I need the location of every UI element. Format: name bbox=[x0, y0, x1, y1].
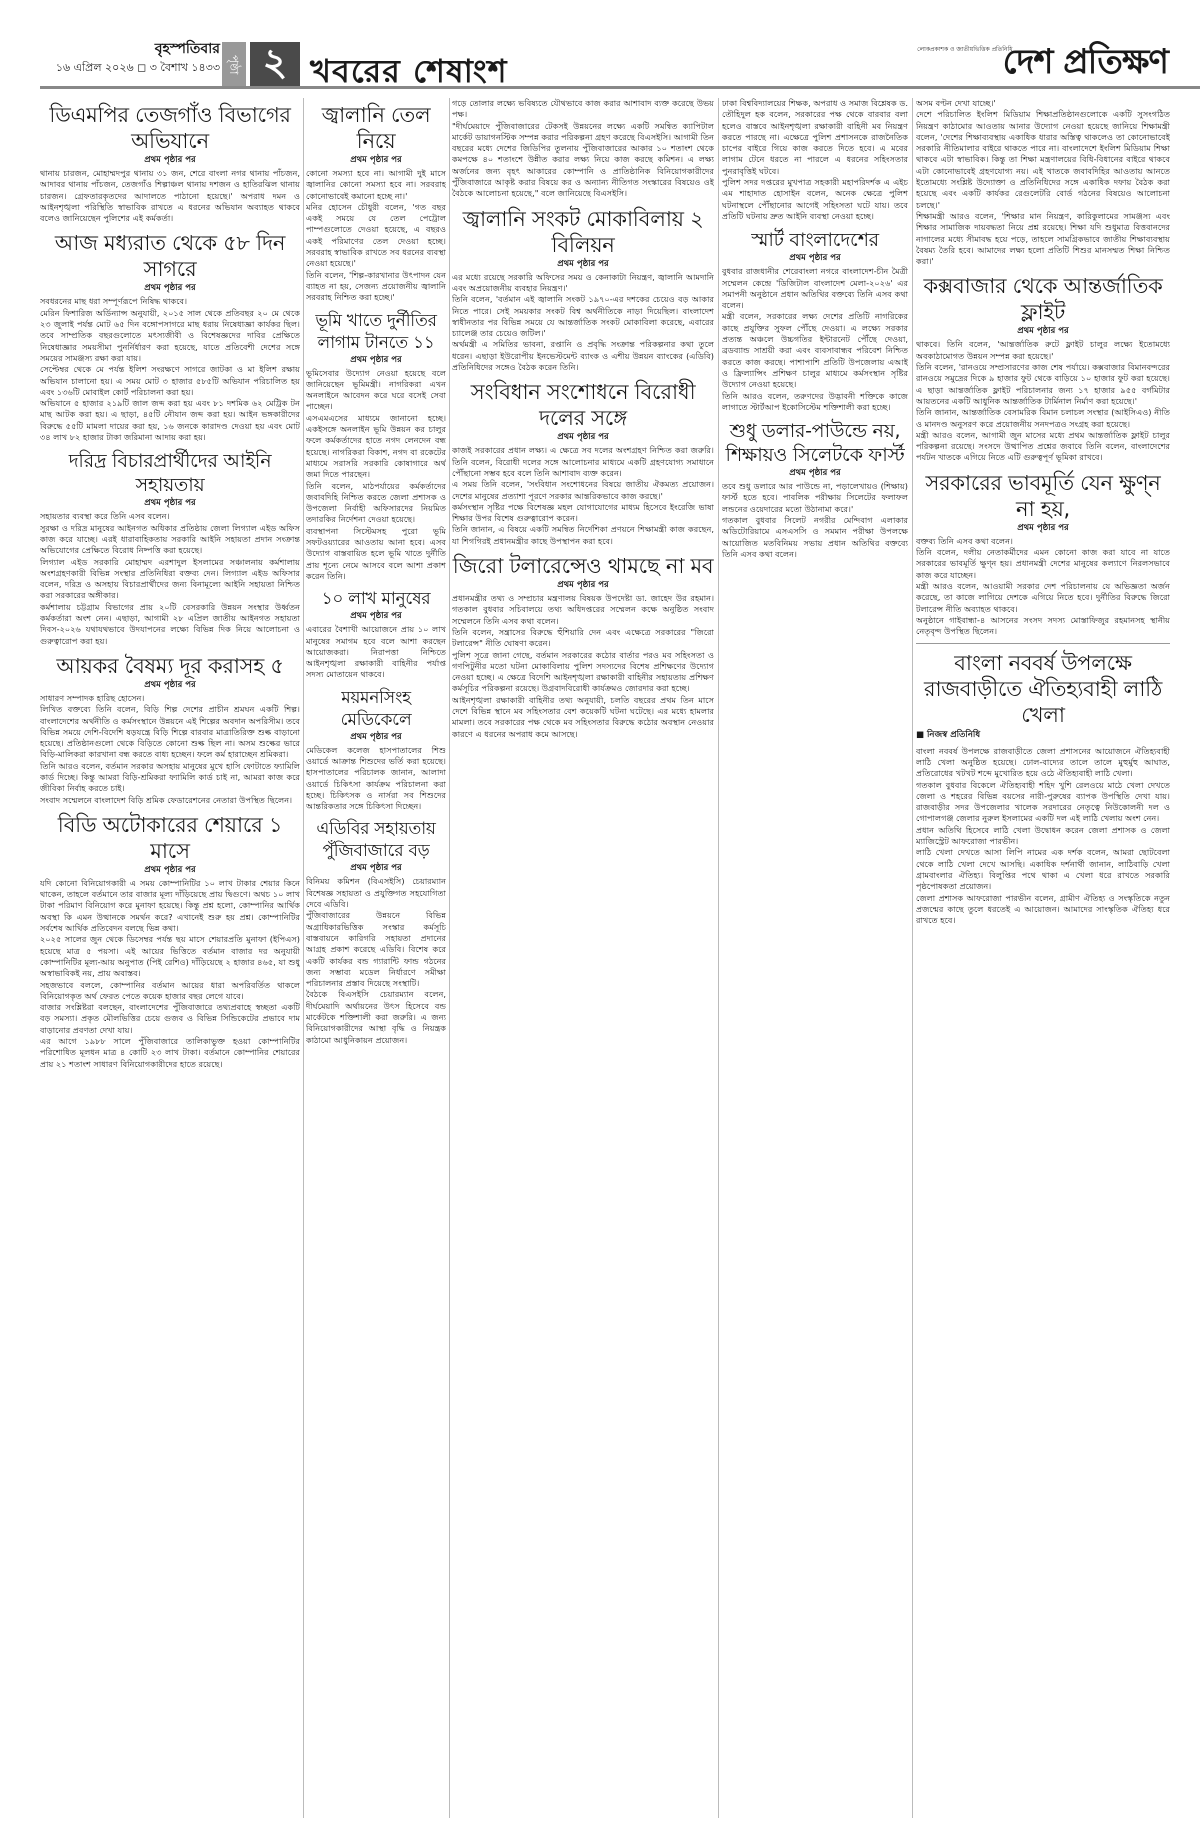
story-coxsbazar-flight: কক্সবাজার থেকে আন্তর্জাতিক ফ্লাইট প্রথম … bbox=[916, 273, 1170, 463]
story-paragraph: প্রধান অতিথি হিসেবে লাঠি খেলা উদ্বোধন কর… bbox=[916, 825, 1170, 848]
story-paragraph: মন্ত্রী আরও বলেন, আগামী জুন মাসের মধ্যে … bbox=[916, 430, 1170, 464]
story-land-corruption: ভূমি খাতে দুর্নীতির লাগাম টানতে ১১ প্রথম… bbox=[306, 310, 446, 583]
continued-label: প্রথম পৃষ্ঠার পর bbox=[40, 282, 300, 294]
story-paragraph: মন্ত্রী বলেন, সরকারের লক্ষ্য দেশের প্রতি… bbox=[722, 311, 908, 390]
story-paragraph: সেপ্টেম্বর থেকে মে পর্যন্ত ইলিশ সংরক্ষণে… bbox=[40, 364, 300, 398]
column-5: অসম বণ্টন দেখা যাচ্ছে।' দেশে পরিচালিত ইং… bbox=[916, 98, 1170, 1818]
story-paragraph: ঢাকা বিশ্ববিদ্যালয়ের শিক্ষক, অপরাধ ও সম… bbox=[722, 98, 908, 177]
story-paragraph: লাঠি খেলা দেখতে আসা লিপি নামের এক দর্শক … bbox=[916, 847, 1170, 892]
headline[interactable]: জিরো টলারেন্সেও থামছে না মব bbox=[452, 553, 714, 579]
story-paragraph: অসম বণ্টন দেখা যাচ্ছে।' bbox=[916, 98, 1170, 109]
story-paragraph: তিনি বলেন, 'শিল্প-কারখানার উৎপাদন যেন ব্… bbox=[306, 270, 446, 304]
story-adb: এডিবির সহায়তায় পুঁজিবাজারে বড় প্রথম প… bbox=[306, 818, 446, 1045]
story-paragraph: মেরিন ফিশারিজ অর্ডিন্যান্স অনুযায়ী, ২০১… bbox=[40, 308, 300, 364]
column-1: ডিএমপির তেজগাঁও বিভাগের অভিযানে প্রথম পৃ… bbox=[40, 98, 300, 1818]
story-paragraph: অভিযানে ৫ হাজার ২১৯টি জাল জব্দ করা হয় এ… bbox=[40, 398, 300, 443]
story-paragraph: সাধারণ সম্পাদক হারিছ হোসেন। bbox=[40, 693, 300, 704]
headline[interactable]: শুধু ডলার-পাউন্ডে নয়, শিক্ষায়ও সিলেটকে… bbox=[722, 419, 908, 467]
story-sea-ban: আজ মধ্যরাত থেকে ৫৮ দিন সাগরে প্রথম পৃষ্ঠ… bbox=[40, 230, 300, 443]
story-paragraph: পুলিশ সূত্রে জানা গেছে, বর্তমান সরকারের … bbox=[452, 650, 714, 695]
headline[interactable]: বাংলা নববর্ষ উপলক্ষে রাজবাড়ীতে ঐতিহ্যবা… bbox=[916, 650, 1170, 728]
headline[interactable]: ভূমি খাতে দুর্নীতির লাগাম টানতে ১১ bbox=[306, 310, 446, 354]
date-block: বৃহস্পতিবার ১৬ এপ্রিল ২০২৬ ◻ ৩ বৈশাখ ১৪৩… bbox=[40, 40, 220, 76]
story-paragraph: ভূমিসেবার উদ্যোগ নেওয়া হয়েছে বলে জানিয… bbox=[306, 368, 446, 413]
brand-tagline: লোকপ্রকাশক ও জাতীয়ভিত্তিক প্রতিনিধি bbox=[893, 44, 1013, 55]
story-legal-aid: দরিদ্র বিচারপ্রার্থীদের আইনি সহায়তায় প… bbox=[40, 449, 300, 647]
story-paragraph: বুধবার রাজধানীর শেরেবাংলা নগরে বাংলাদেশ-… bbox=[722, 266, 908, 311]
story-paragraph: আইনশৃঙ্খলা রক্ষাকারী বাহিনীর তথ্য অনুযায… bbox=[452, 695, 714, 740]
story-english-medium: অসম বণ্টন দেখা যাচ্ছে।' দেশে পরিচালিত ইং… bbox=[916, 98, 1170, 267]
story-paragraph: এর মধ্যে রয়েছে সরকারি অফিসের সময় ও কেন… bbox=[452, 272, 714, 295]
story-constitution: সংবিধান সংশোধনে বিরোধী দলের সঙ্গে প্রথম … bbox=[452, 379, 714, 547]
story-paragraph: "দীর্ঘমেয়াদে পুঁজিবাজারের টেকসই উন্নয়ন… bbox=[452, 121, 714, 200]
column-4: ঢাকা বিশ্ববিদ্যালয়ের শিক্ষক, অপরাধ ও সম… bbox=[722, 98, 908, 1818]
continued-label: প্রথম পৃষ্ঠার পর bbox=[916, 325, 1170, 337]
story-mymensingh-medical: ময়মনসিংহ মেডিকেলে প্রথম পৃষ্ঠার পর মেডি… bbox=[306, 687, 446, 813]
story-paragraph: তিনি আরও বলেন, তরুণদের উদ্ভাবনী শক্তিকে … bbox=[722, 391, 908, 414]
brand-name: দেশ প্রতিক্ষণ bbox=[1003, 40, 1168, 84]
publication-day: বৃহস্পতিবার bbox=[40, 40, 220, 58]
story-tax: আয়কর বৈষম্য দূর করাসহ ৫ প্রথম পৃষ্ঠার প… bbox=[40, 653, 300, 806]
headline[interactable]: দরিদ্র বিচারপ্রার্থীদের আইনি সহায়তায় bbox=[40, 449, 300, 497]
headline[interactable]: আজ মধ্যরাত থেকে ৫৮ দিন সাগরে bbox=[40, 230, 300, 282]
story-paragraph: বিনিময় কমিশন (বিএসইসি) চেয়ারম্যান বিশে… bbox=[306, 876, 446, 910]
story-paragraph: অনুষ্ঠানে গাইবান্ধা-৪ আসনের সংসদ সদস্য ম… bbox=[916, 615, 1170, 638]
continued-label: প্রথম পৃষ্ঠার পর bbox=[306, 731, 446, 743]
headline[interactable]: বিডি অটোকারের শেয়ারে ১ মাসে bbox=[40, 812, 300, 864]
story-paragraph: কোনো সমস্যা হবে না। আগামী দুই মাসে জ্বাল… bbox=[306, 168, 446, 202]
headline[interactable]: আয়কর বৈষম্য দূর করাসহ ৫ bbox=[40, 653, 300, 679]
story-paragraph: কর্মসংস্থান সৃষ্টির পক্ষে বিশেষজ্ঞ মহল য… bbox=[452, 502, 714, 525]
story-zero-tolerance: জিরো টলারেন্সেও থামছে না মব প্রথম পৃষ্ঠা… bbox=[452, 553, 714, 740]
story-paragraph: মনির হোসেন চৌধুরী বলেন, 'গত বছর একই সময়… bbox=[306, 202, 446, 270]
continued-label: প্রথম পৃষ্ঠার পর bbox=[40, 497, 300, 509]
story-paragraph: কর্মশালায় চট্টগ্রাম বিভাগের প্রায় ২০টি… bbox=[40, 602, 300, 647]
story-paragraph: এর আগে ১৯৮৮ সালে পুঁজিবাজারে তালিকাভুক্ত… bbox=[40, 1036, 300, 1070]
story-paragraph: তিনি বলেন, দলীয় নেতাকর্মীদের এমন কোনো ক… bbox=[916, 547, 1170, 581]
story-paragraph: সংবাদ সম্মেলনে বাংলাদেশ বিড়ি শ্রমিক ফেড… bbox=[40, 795, 300, 806]
masthead: বৃহস্পতিবার ১৬ এপ্রিল ২০২৬ ◻ ৩ বৈশাখ ১৪৩… bbox=[0, 0, 1200, 88]
story-paragraph: সবধরনের মাছ ধরা সম্পূর্ণরূপে নিষিদ্ধ থাক… bbox=[40, 296, 300, 307]
story-paragraph: বক্তব্য তিনি এসব কথা বলেন। bbox=[916, 536, 1170, 547]
newspaper-logo: লোকপ্রকাশক ও জাতীয়ভিত্তিক প্রতিনিধি দেশ… bbox=[1003, 40, 1168, 84]
story-paragraph: পুঁজিবাজারের উন্নয়নে বিভিন্ন অগ্রাধিকার… bbox=[306, 910, 446, 989]
continued-label: প্রথম পৃষ্ঠার পর bbox=[452, 579, 714, 591]
story-paragraph: ২০২৫ সালের জুন থেকে ডিসেম্বর পর্যন্ত ছয়… bbox=[40, 934, 300, 979]
story-paragraph: দেশে পরিচালিত ইংলিশ মিডিয়াম শিক্ষাপ্রতি… bbox=[916, 109, 1170, 211]
continued-label: প্রথম পৃষ্ঠার পর bbox=[916, 522, 1170, 534]
story-paragraph: গতকাল বুধবার বিকেলে ঐতিহ্যবাহী শহিদ খুশি… bbox=[916, 780, 1170, 825]
continued-label: প্রথম পৃষ্ঠার পর bbox=[722, 252, 908, 264]
story-sylhet: শুধু ডলার-পাউন্ডে নয়, শিক্ষায়ও সিলেটকে… bbox=[722, 419, 908, 560]
story-paragraph: গতকাল বুধবার সিলেট নগরীর মেন্দিবাগ এলাকা… bbox=[722, 515, 908, 560]
story-paragraph: তিনি বলেন, সন্ত্রাসের বিরুদ্ধে হুঁশিয়ার… bbox=[452, 627, 714, 650]
continued-label: প্রথম পৃষ্ঠার পর bbox=[306, 610, 446, 622]
story-paragraph: সুরক্ষা ও দরিদ্র মানুষের আইনগত অধিকার প্… bbox=[40, 523, 300, 557]
story-paragraph: তিনি বলেন, মাঠপর্যায়ের কর্মকর্তাদের জবা… bbox=[306, 481, 446, 526]
story-paragraph: বাজার সংশ্লিষ্টরা বলছেন, বাংলাদেশের পুঁজ… bbox=[40, 1002, 300, 1036]
column-divider bbox=[303, 98, 304, 1818]
story-paragraph: কাজই সরকারের প্রধান লক্ষ্য। এ ক্ষেত্রে স… bbox=[452, 445, 714, 479]
column-2: জ্বালানি তেল নিয়ে প্রথম পৃষ্ঠার পর কোনো… bbox=[306, 98, 446, 1818]
story-paragraph: লিগ্যাল এইড সরকারি মোহাম্মদ এরশাদুল ইসলা… bbox=[40, 557, 300, 602]
story-paragraph: গড়ে তোলার লক্ষ্যে ভবিষ্যতে যৌথভাবে কাজ … bbox=[452, 98, 714, 121]
headline[interactable]: ডিএমপির তেজগাঁও বিভাগের অভিযানে bbox=[40, 102, 300, 154]
story-paragraph: পুলিশ সদর দপ্তরের মুখপাত্র সহকারী মহাপরি… bbox=[722, 177, 908, 222]
continued-label: প্রথম পৃষ্ঠার পর bbox=[40, 154, 300, 166]
column-divider bbox=[718, 98, 719, 1818]
story-smart-bangladesh: স্মার্ট বাংলাদেশের প্রথম পৃষ্ঠার পর বুধব… bbox=[722, 228, 908, 413]
story-paragraph: এবারের বৈশাখী আয়োজনে প্রায় ১০ লাখ মানু… bbox=[306, 624, 446, 680]
story-dmp: ডিএমপির তেজগাঁও বিভাগের অভিযানে প্রথম পৃ… bbox=[40, 102, 300, 224]
story-lathi-khela: বাংলা নববর্ষ উপলক্ষে রাজবাড়ীতে ঐতিহ্যবা… bbox=[916, 643, 1170, 926]
story-capital-market: গড়ে তোলার লক্ষ্যে ভবিষ্যতে যৌথভাবে কাজ … bbox=[452, 98, 714, 200]
story-energy-crisis: জ্বালানি সংকট মোকাবিলায় ২ বিলিয়ন প্রথম… bbox=[452, 206, 714, 374]
byline: ■ নিজস্ব প্রতিনিধি bbox=[916, 730, 1170, 741]
headline[interactable]: ময়মনসিংহ মেডিকেলে bbox=[306, 687, 446, 731]
continued-label: প্রথম পৃষ্ঠার পর bbox=[306, 354, 446, 366]
story-paragraph: শিক্ষামন্ত্রী আরও বলেন, 'শিক্ষার মান নিয… bbox=[916, 211, 1170, 267]
story-paragraph: সহায়তার ব্যবস্থা করে তিনি এসব বলেন। bbox=[40, 511, 300, 522]
story-paragraph: প্রধানমন্ত্রীর তথ্য ও সম্প্রচার মন্ত্রণা… bbox=[452, 593, 714, 627]
continued-label: প্রথম পৃষ্ঠার পর bbox=[40, 679, 300, 691]
story-paragraph: এসএমএসের মাধ্যমে জানানো হচ্ছে। একইসঙ্গে … bbox=[306, 413, 446, 481]
story-ten-lakh: ১০ লাখ মানুষের প্রথম পৃষ্ঠার পর এবারের ব… bbox=[306, 588, 446, 680]
story-fuel-oil: জ্বালানি তেল নিয়ে প্রথম পৃষ্ঠার পর কোনো… bbox=[306, 102, 446, 304]
story-paragraph: তিনি জানান, এ বিষয়ে একটি সমন্বিত নির্দে… bbox=[452, 524, 714, 547]
story-govt-image: সরকারের ভাবমূর্তি যেন ক্ষুণ্ন না হয়, প্… bbox=[916, 470, 1170, 638]
headline[interactable]: এডিবির সহায়তায় পুঁজিবাজারে বড় bbox=[306, 818, 446, 862]
continued-label: প্রথম পৃষ্ঠার পর bbox=[722, 467, 908, 479]
headline[interactable]: সরকারের ভাবমূর্তি যেন ক্ষুণ্ন না হয়, bbox=[916, 470, 1170, 522]
headline[interactable]: জ্বালানি তেল নিয়ে bbox=[306, 102, 446, 154]
story-paragraph: থাকবে। তিনি বলেন, 'আন্তর্জাতিক রুটে ফ্লা… bbox=[916, 339, 1170, 362]
story-mob-analysis: ঢাকা বিশ্ববিদ্যালয়ের শিক্ষক, অপরাধ ও সম… bbox=[722, 98, 908, 222]
page-tab-label: পৃষ্ঠা bbox=[222, 42, 246, 88]
story-bd-autocar: বিডি অটোকারের শেয়ারে ১ মাসে প্রথম পৃষ্ঠ… bbox=[40, 812, 300, 1070]
story-paragraph: ব্যবস্থাপনা সিস্টেমসহ পুরো ভূমি সফটওয়্য… bbox=[306, 526, 446, 582]
story-paragraph: বাংলা নববর্ষ উপলক্ষে রাজবাড়ীতে জেলা প্র… bbox=[916, 746, 1170, 780]
story-paragraph: লিখিত বক্তব্যে তিনি বলেন, বিড়ি শিল্প দে… bbox=[40, 704, 300, 760]
headline[interactable]: ১০ লাখ মানুষের bbox=[306, 588, 446, 610]
continued-label: প্রথম পৃষ্ঠার পর bbox=[452, 431, 714, 443]
story-paragraph: মন্ত্রী আরও বলেন, আওয়ামী সরকার দেশ পরিচ… bbox=[916, 581, 1170, 615]
story-paragraph: মেডিকেল কলেজ হাসপাতালের শিশু ওয়ার্ডে আক… bbox=[306, 745, 446, 813]
story-paragraph: অর্থমন্ত্রী এ সমিতির ভাবনা, রপ্তানি ও প্… bbox=[452, 339, 714, 373]
story-paragraph: তিনি বলেন, 'রানওয়ে সম্প্রসারণের কাজ শেষ… bbox=[916, 362, 1170, 407]
headline[interactable]: স্মার্ট বাংলাদেশের bbox=[722, 228, 908, 252]
story-paragraph: তবে শুধু ডলারে আর পাউন্ডে না, পড়ালেখায়… bbox=[722, 481, 908, 515]
headline[interactable]: জ্বালানি সংকট মোকাবিলায় ২ বিলিয়ন bbox=[452, 206, 714, 258]
column-divider bbox=[449, 98, 450, 1818]
column-divider bbox=[912, 98, 913, 1818]
story-paragraph: এ সময় তিনি বলেন, 'সংবিধান সংশোধনের বিষয… bbox=[452, 479, 714, 502]
story-paragraph: থানায় চারজন, মোহাম্মদপুর থানায় ৩১ জন, … bbox=[40, 168, 300, 224]
publication-date: ১৬ এপ্রিল ২০২৬ ◻ ৩ বৈশাখ ১৪৩৩ bbox=[40, 60, 220, 76]
column-3: গড়ে তোলার লক্ষ্যে ভবিষ্যতে যৌথভাবে কাজ … bbox=[452, 98, 714, 1818]
story-paragraph: জেলা প্রশাসক আফরোজা পারভীন বলেন, গ্রামীণ… bbox=[916, 893, 1170, 927]
story-paragraph: যদি কোনো বিনিয়োগকারী এ সময় কোম্পানিটির… bbox=[40, 878, 300, 934]
story-paragraph: তিনি জানান, আন্তর্জাতিক বেসামরিক বিমান চ… bbox=[916, 407, 1170, 430]
continued-label: প্রথম পৃষ্ঠার পর bbox=[40, 864, 300, 876]
story-paragraph: বৈঠকে বিএসইসি চেয়ারম্যান বলেন, দীর্ঘমেয… bbox=[306, 989, 446, 1045]
story-paragraph: তিনি বলেন, 'বর্তমান এই জ্বালানি সংকট ১৯৭… bbox=[452, 294, 714, 339]
story-paragraph: সহজভাবে বললে, কোম্পানির বর্তমান আয়ের ধা… bbox=[40, 980, 300, 1003]
story-paragraph: তিনি আরও বলেন, বর্তমান সরকার অসহায় মানু… bbox=[40, 761, 300, 795]
page-number: ২ bbox=[250, 42, 300, 88]
continued-label: প্রথম পৃষ্ঠার পর bbox=[306, 154, 446, 166]
masthead-rule bbox=[40, 86, 1200, 89]
headline[interactable]: সংবিধান সংশোধনে বিরোধী দলের সঙ্গে bbox=[452, 379, 714, 431]
section-title: খবরের শেষাংশ bbox=[310, 46, 508, 100]
headline[interactable]: কক্সবাজার থেকে আন্তর্জাতিক ফ্লাইট bbox=[916, 273, 1170, 325]
continued-label: প্রথম পৃষ্ঠার পর bbox=[452, 258, 714, 270]
continued-label: প্রথম পৃষ্ঠার পর bbox=[306, 862, 446, 874]
